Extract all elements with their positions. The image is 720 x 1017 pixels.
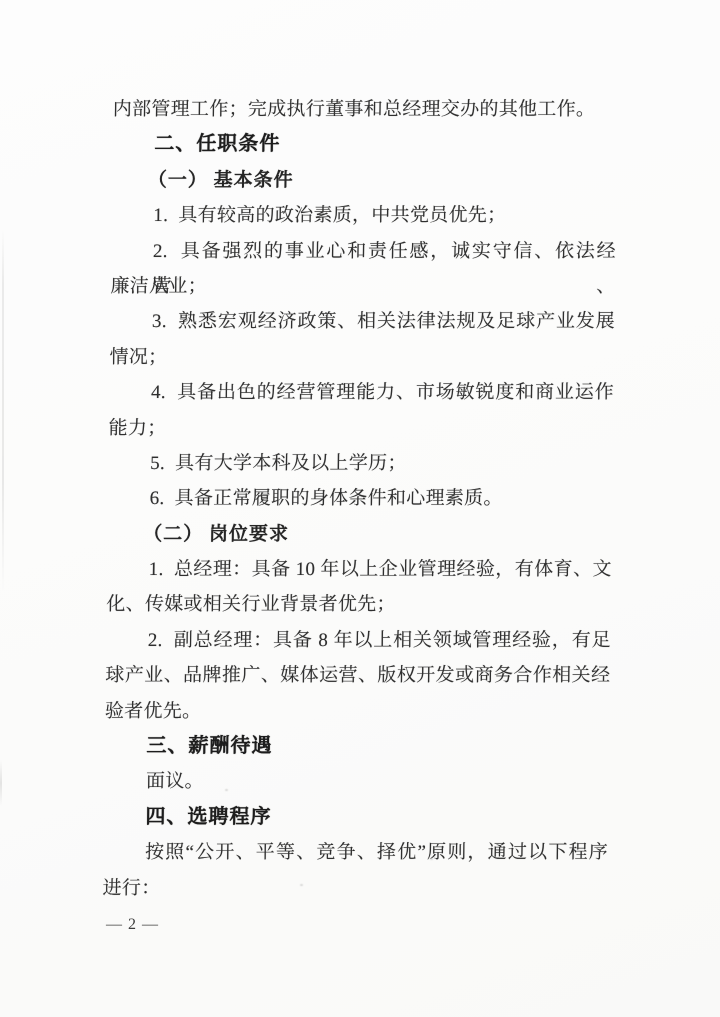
text-line: 1. 具有较高的政治素质，中共党员优先； <box>111 198 616 233</box>
text-line: 四、选聘程序 <box>103 800 608 835</box>
text-line: 4. 具备出色的经营管理能力、市场敏锐度和商业运作 <box>109 375 614 410</box>
text-line: 按照“公开、平等、竞争、择优”原则，通过以下程序 <box>103 835 608 870</box>
text-line: （一） 基本条件 <box>112 163 617 198</box>
text-line: 化、传媒或相关行业背景者优先； <box>106 587 611 622</box>
scan-edge-artifact <box>2 228 4 593</box>
text-line: 面议。 <box>104 764 609 799</box>
text-line: 5. 具有大学本科及以上学历； <box>108 446 613 481</box>
page-number: — 2 — <box>106 916 159 934</box>
text-line: 6. 具备正常履职的身体条件和心理素质。 <box>107 481 612 516</box>
text-line: 情况； <box>109 340 614 375</box>
text-line: 内部管理工作；完成执行董事和总经理交办的其他工作。 <box>113 92 618 127</box>
text-line: 二、任职条件 <box>112 127 617 162</box>
text-line: 三、薪酬待遇 <box>104 729 609 764</box>
text-line: 3. 熟悉宏观经济政策、相关法律法规及足球产业发展 <box>110 304 615 339</box>
document-body: 内部管理工作；完成执行董事和总经理交办的其他工作。二、任职条件（一） 基本条件1… <box>102 92 618 906</box>
scanned-document-page: 内部管理工作；完成执行董事和总经理交办的其他工作。二、任职条件（一） 基本条件1… <box>0 0 720 1017</box>
text-line: 验者优先。 <box>105 694 610 729</box>
text-line: 进行： <box>102 871 607 906</box>
text-line: （二） 岗位要求 <box>107 517 612 552</box>
text-line: 1. 总经理：具备 10 年以上企业管理经验，有体育、文 <box>107 552 612 587</box>
scan-edge-mark <box>0 760 2 806</box>
text-line: 2. 副总经理：具备 8 年以上相关领域管理经验，有足 <box>106 623 611 658</box>
text-line: 能力； <box>108 411 613 446</box>
text-line: 2. 具备强烈的事业心和责任感，诚实守信、依法经营、 <box>111 234 616 269</box>
text-line: 球产业、品牌推广、媒体运营、版权开发或商务合作相关经 <box>105 658 610 693</box>
